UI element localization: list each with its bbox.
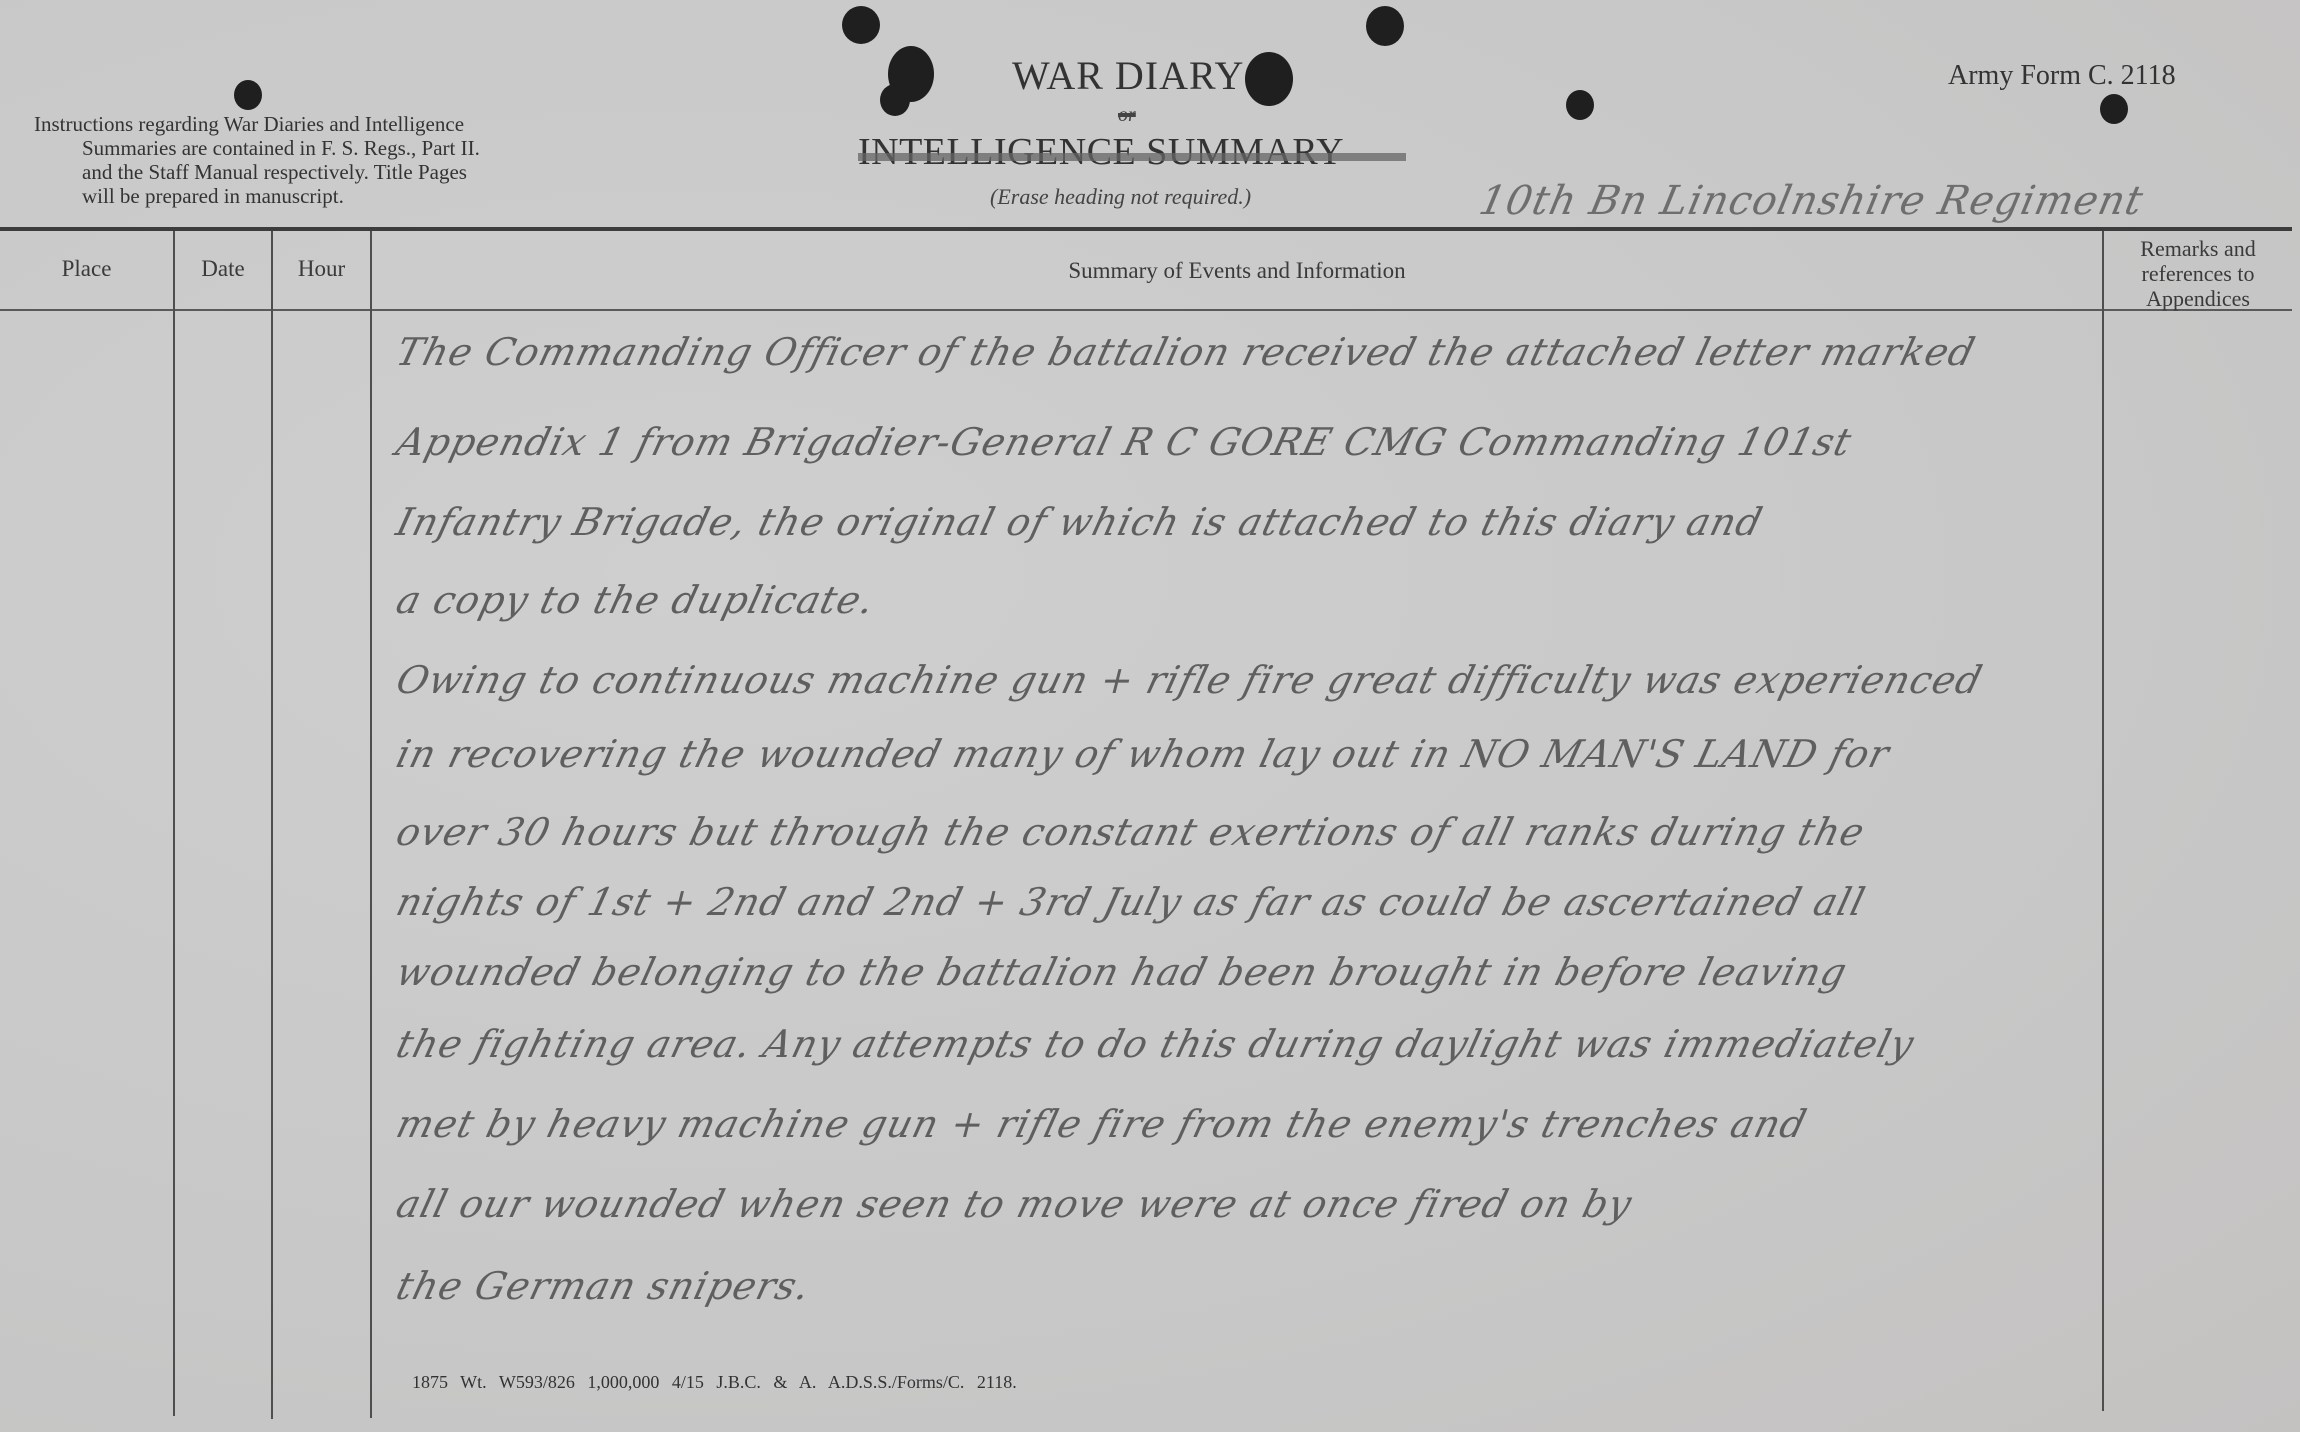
column-header-date: Date [175, 256, 271, 282]
punch-hole [842, 6, 880, 44]
summary-line: The Commanding Officer of the battalion … [392, 330, 1980, 374]
punch-hole [1566, 90, 1594, 120]
table-top-rule [0, 227, 2292, 231]
column-header-place: Place [0, 256, 173, 282]
summary-line: nights of 1st + 2nd and 2nd + 3rd July a… [392, 880, 1870, 924]
summary-line: Appendix 1 from Brigadier-General R C GO… [392, 420, 1857, 464]
instructions-line: and the Staff Manual respectively. Title… [34, 160, 594, 184]
remarks-header-line: Appendices [2104, 286, 2292, 311]
instructions-line: Summaries are contained in F. S. Regs., … [34, 136, 594, 160]
header-bottom-rule [0, 309, 2292, 311]
summary-line: Owing to continuous machine gun + rifle … [392, 658, 1987, 702]
summary-line: a copy to the duplicate. [392, 578, 879, 622]
unit-name-handwritten: 10th Bn Lincolnshire Regiment [1475, 178, 2147, 224]
summary-line: over 30 hours but through the constant e… [392, 810, 1870, 854]
remarks-header-line: references to [2104, 261, 2292, 286]
summary-line: the fighting area. Any attempts to do th… [392, 1022, 1919, 1066]
form-title-or: or [1118, 104, 1136, 127]
column-divider-date-hour [271, 231, 273, 1419]
summary-line: all our wounded when seen to move were a… [392, 1182, 1637, 1226]
printer-imprint: 1875 Wt. W593/826 1,000,000 4/15 J.B.C. … [412, 1372, 1017, 1393]
punch-hole [234, 80, 262, 110]
remarks-header-line: Remarks and [2104, 236, 2292, 261]
punch-hole [880, 84, 910, 116]
form-title-note: (Erase heading not required.) [990, 184, 1251, 210]
instructions-line: will be prepared in manuscript. [34, 184, 594, 208]
form-title-war-diary: WAR DIARY [1012, 52, 1244, 99]
column-divider-hour-summary [370, 231, 372, 1418]
summary-line: wounded belonging to the battalion had b… [392, 950, 1852, 994]
summary-line: in recovering the wounded many of whom l… [392, 732, 1894, 776]
column-divider-summary-remarks [2102, 231, 2104, 1411]
punch-hole [1366, 6, 1404, 46]
instructions-line: Instructions regarding War Diaries and I… [34, 112, 594, 136]
strikethrough-line [858, 153, 1406, 161]
punch-hole [2100, 94, 2128, 124]
punch-hole [1245, 52, 1293, 106]
summary-line: Infantry Brigade, the original of which … [392, 500, 1767, 544]
form-title-intelligence-summary: INTELLIGENCE SUMMARY [858, 130, 1344, 174]
form-instructions: Instructions regarding War Diaries and I… [34, 112, 594, 208]
column-divider-place-date [173, 231, 175, 1416]
column-header-remarks: Remarks and references to Appendices [2104, 236, 2292, 311]
column-header-hour: Hour [273, 256, 370, 282]
summary-line: met by heavy machine gun + rifle fire fr… [392, 1102, 1812, 1146]
summary-line: the German snipers. [392, 1264, 815, 1308]
column-header-summary: Summary of Events and Information [372, 258, 2102, 284]
army-form-number: Army Form C. 2118 [1948, 60, 2176, 92]
